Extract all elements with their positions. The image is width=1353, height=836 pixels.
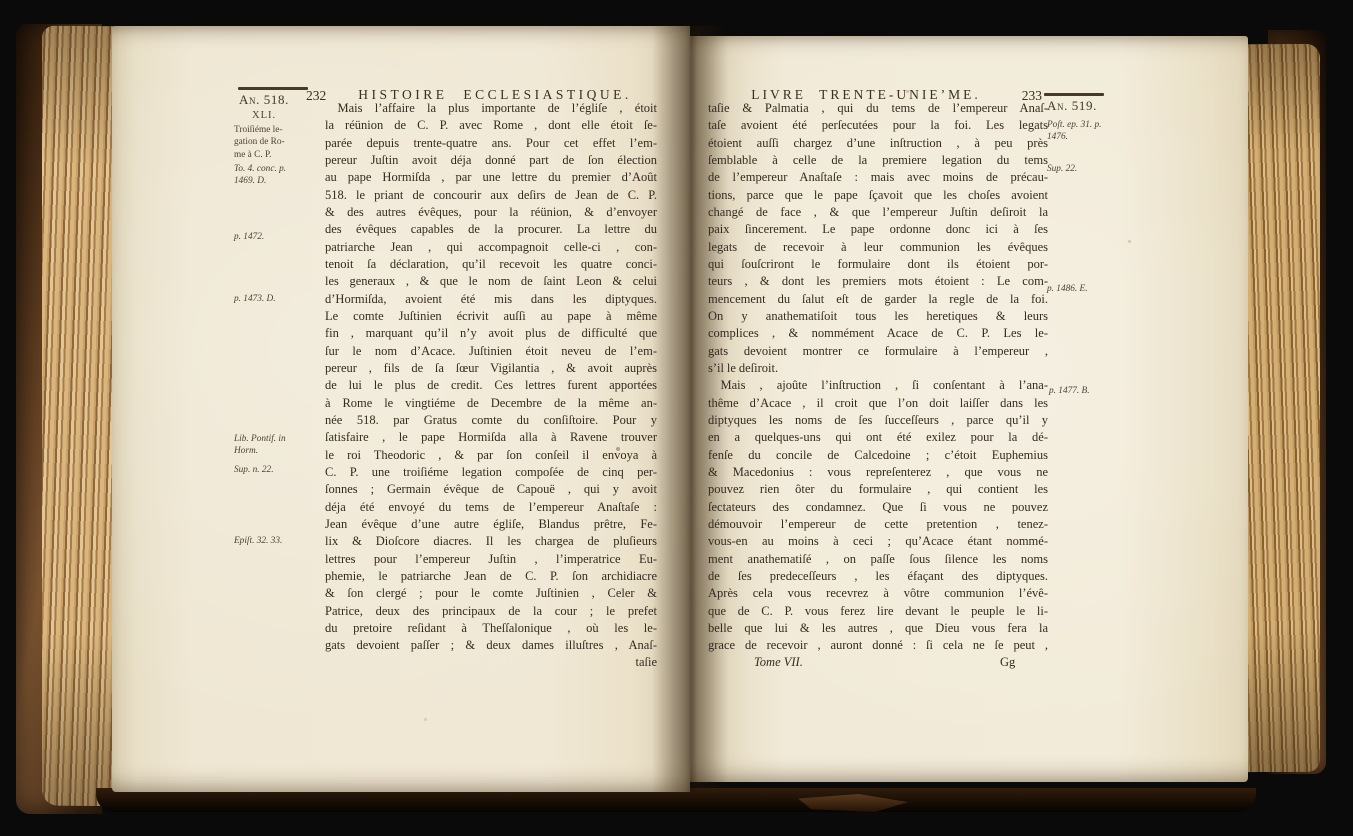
margin-note-ref: Epiſt. 32. 33.: [234, 535, 312, 547]
text-line: C. P. une troiſiéme legation compoſée de…: [325, 464, 657, 481]
text-line: d’Hormiſda, avoient été mis dans les dip…: [325, 291, 657, 308]
margin-note-ref: Lib. Pontif. in Horm.: [234, 433, 312, 458]
text-line: & ſon clergé ; pour le comte Juſtinien ,…: [325, 585, 657, 602]
text-line: vous-en au moins à ceci ; qu’Acace étant…: [708, 533, 1048, 550]
paper-speck: [906, 90, 909, 93]
margin-note-year-left: An. 518.: [239, 92, 289, 108]
text-line: au pape Hormiſda , par une lettre du pre…: [325, 169, 657, 186]
page-edges-right: [1244, 44, 1320, 772]
text-line: née 518. par Gratus comte du conſiſtoire…: [325, 412, 657, 429]
text-line: ſur le nom d’Acace. Juſtinien étoit neve…: [325, 343, 657, 360]
paper-speck: [1128, 240, 1131, 243]
text-line: qui ſouſcriront le formulaire dont ils é…: [708, 256, 1048, 273]
right-page-footer: Tome VII. Gg: [708, 655, 1048, 670]
margin-note-chapter: XLI.: [252, 110, 276, 121]
margin-note-ref: Sup. 22.: [1047, 163, 1125, 175]
margin-note-ref: p. 1486. E.: [1047, 283, 1125, 295]
text-line: pouvez rien ôter du formulaire , qui con…: [708, 481, 1048, 498]
text-line: On y anathematiſoit tous les heretiques …: [708, 308, 1048, 325]
text-line: & des autres évêques, pour la réünion, &…: [325, 204, 657, 221]
text-line: de lui le plus de credit. Ces lettres fu…: [325, 377, 657, 394]
margin-note-chapter-title: Troiſiéme le- gation de Ro- me à C. P.: [234, 124, 312, 161]
text-line: taſie & Palmatia , qui du tems de l’empe…: [708, 100, 1048, 117]
right-page-text: taſie & Palmatia , qui du tems de l’empe…: [708, 100, 1048, 655]
text-line: legats de recevoir à leur communion les …: [708, 239, 1048, 256]
text-line: lix & Dioſcore diacres. Il les chargea d…: [325, 533, 657, 550]
signature-mark: Gg: [1000, 655, 1015, 670]
text-line: s’il le deſiroit.: [708, 360, 1048, 377]
text-line: taſe avoient été perſecutées pour la foi…: [708, 117, 1048, 134]
text-line: gats devoient montrer ce formulaire à l’…: [708, 343, 1048, 360]
text-line: de ſes predeceſſeurs , les éfaçant des d…: [708, 568, 1048, 585]
text-line: fin , marquant qu’il n’y avoit plus de d…: [325, 325, 657, 342]
text-line: la réünion de C. P. avec Rome , dont ell…: [325, 117, 657, 134]
text-line: Jean évêque d’une autre égliſe, Blandus …: [325, 516, 657, 533]
margin-note-ref: p. 1477. B.: [1049, 385, 1127, 397]
text-line: changé de face , & que l’empereur Juſtin…: [708, 204, 1048, 221]
text-line: tions, parce que le pape ſçavoit que les…: [708, 187, 1048, 204]
text-line: phemie, le patriarche Jean de C. P. ſon …: [325, 568, 657, 585]
margin-note-ref: Poſt. ep. 31. p. 1476.: [1047, 119, 1125, 144]
text-line: à Rome le vingtiéme de Decembre de la mê…: [325, 395, 657, 412]
text-line: teurs , & dont les premiers mots étoient…: [708, 273, 1048, 290]
left-page-number: 232: [306, 88, 326, 104]
margin-rule-left: [238, 87, 308, 90]
text-line: des évêques capables de la procurer. La …: [325, 221, 657, 238]
text-line: du pretoire reſidant à Theſſalonique , o…: [325, 620, 657, 637]
text-line: & Macedonius : vous repreſenterez , que …: [708, 464, 1048, 481]
text-line: de l’empereur Anaſtaſe : mais avec moins…: [708, 169, 1048, 186]
text-line: déja été envoyé du tems de l’empereur An…: [325, 499, 657, 516]
text-line: mencement du ſalut eſt de garder la regl…: [708, 291, 1048, 308]
text-line: Mais l’affaire la plus importante de l’é…: [325, 100, 657, 117]
text-line: belle que lui & les autres , que Dieu vo…: [708, 620, 1048, 637]
text-line: ſonnes ; Germain évêque de Capouë , qui …: [325, 481, 657, 498]
text-line: tenoit ſa déclaration, qu’il recevoit le…: [325, 256, 657, 273]
catchword: taſie: [325, 655, 657, 670]
text-line: que de C. P. vous ferez lire devant le p…: [708, 603, 1048, 620]
text-line: thême d’Acace , il croit que l’on doit l…: [708, 395, 1048, 412]
text-line: patriarche Jean , qui accompagnoit celle…: [325, 239, 657, 256]
text-line: Patrice, deux des principaux de la cour …: [325, 603, 657, 620]
text-line: diptyques les noms de ſes ſucceſſeurs , …: [708, 412, 1048, 429]
text-line: Après cela vous recevrez à vôtre communi…: [708, 585, 1048, 602]
text-line: démouvoir l’empereur de cette pretention…: [708, 516, 1048, 533]
text-line: pereur Juſtin avoit déja donné part de ſ…: [325, 152, 657, 169]
text-line: lettres pour l’empereur Juſtin , l’imper…: [325, 551, 657, 568]
text-line: Le comte Juſtinien écrivit auſſi au pape…: [325, 308, 657, 325]
margin-note-ref: Sup. n. 22.: [234, 464, 312, 476]
text-line: ſectateurs des condamnez. Que ſi vous ne…: [708, 499, 1048, 516]
text-line: ſemblable à celle de la premiere legatio…: [708, 152, 1048, 169]
text-line: complices , & nommément Acace de C. P. L…: [708, 325, 1048, 342]
book-photo: 232 HISTOIRE ECCLESIASTIQUE. An. 518. XL…: [0, 0, 1353, 836]
text-line: Mais , ajoûte l’inſtruction , ſi conſent…: [708, 377, 1048, 394]
tome-label: Tome VII.: [754, 655, 803, 669]
text-line: ſatisfaire , le pape Hormiſda alla à Rav…: [325, 429, 657, 446]
margin-note-ref: p. 1473. D.: [234, 293, 312, 305]
text-line: paix ſincerement. Le pape ordonne donc i…: [708, 221, 1048, 238]
left-page-text: Mais l’affaire la plus importante de l’é…: [325, 100, 657, 655]
text-line: gats devoient paſſer ; & deux dames illu…: [325, 637, 657, 654]
text-line: étoient auſſi chargez d’une inſtruction …: [708, 135, 1048, 152]
margin-note-year-right: An. 519.: [1047, 98, 1097, 114]
margin-rule-right: [1044, 93, 1104, 96]
text-line: pereur , fils de ſa ſœur Vigilantia , & …: [325, 360, 657, 377]
text-line: en a quelques-uns qui ont été exilez pou…: [708, 429, 1048, 446]
text-line: 518. le priant de concourir aux deſirs d…: [325, 187, 657, 204]
paper-speck: [424, 718, 427, 721]
text-line: le roi Theodoric , & par ſon conſeil il …: [325, 447, 657, 464]
text-line: fenſe du concile de Calcedoine ; c’étoit…: [708, 447, 1048, 464]
margin-note-ref: To. 4. conc. p. 1469. D.: [234, 163, 312, 188]
text-line: ment anathematiſé , on paſſe ſous ſilenc…: [708, 551, 1048, 568]
text-line: parée depuis trente-quatre ans. Pour cet…: [325, 135, 657, 152]
margin-note-ref: p. 1472.: [234, 231, 312, 243]
paper-speck: [616, 447, 620, 451]
text-line: les generaux , & que le nom de ſaint Leo…: [325, 273, 657, 290]
text-line: grace de recevoir , auront donné : ſi ce…: [708, 637, 1048, 654]
